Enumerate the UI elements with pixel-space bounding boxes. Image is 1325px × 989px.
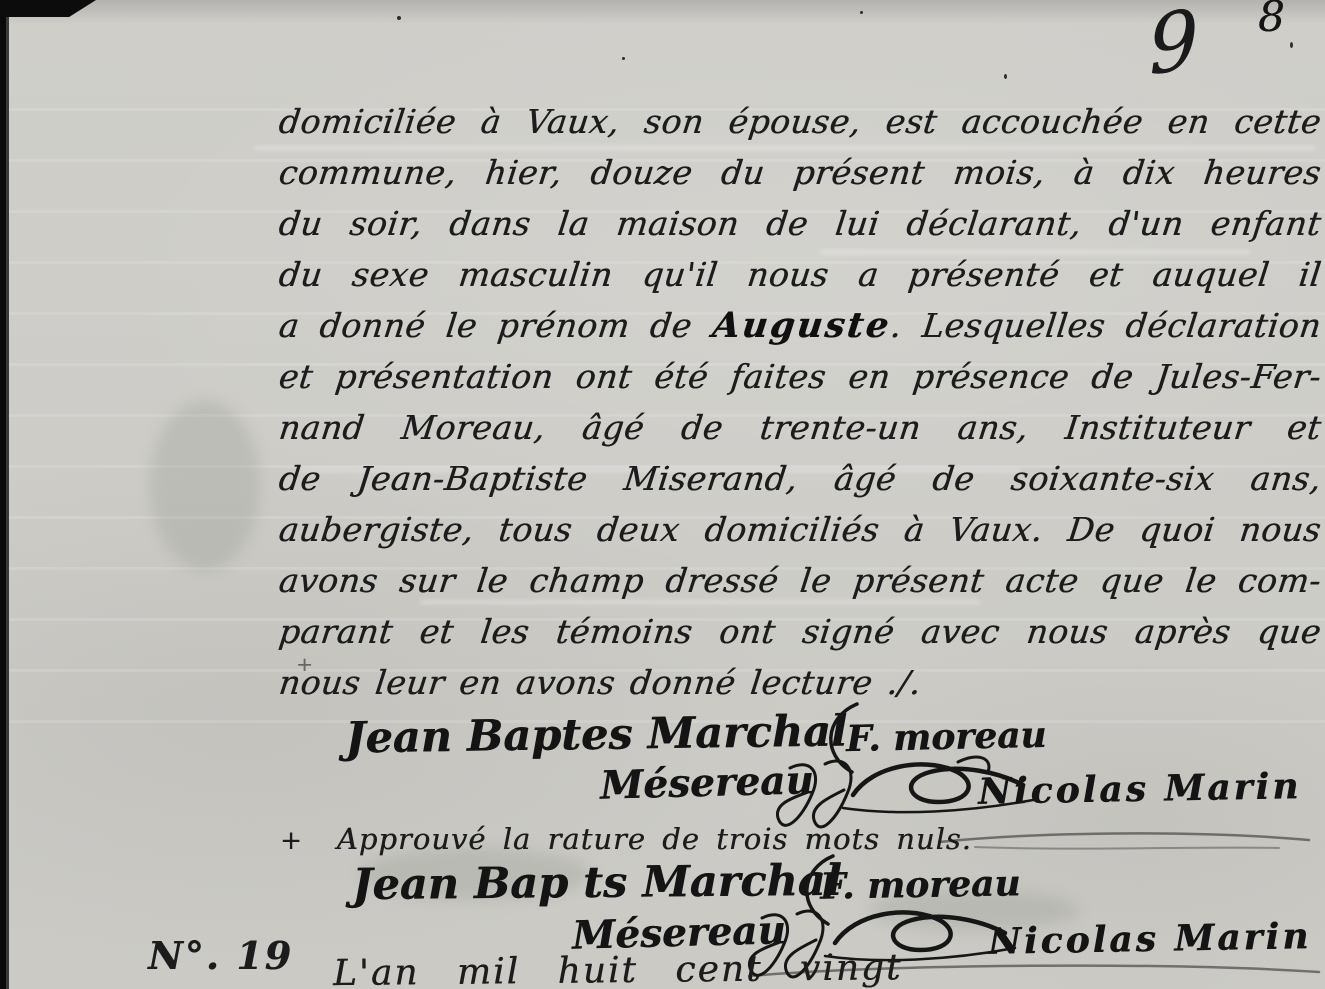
ink-speck bbox=[622, 57, 625, 60]
signature-mayor-1: Nicolas Marin bbox=[978, 765, 1302, 813]
next-act-number: N°. 19 bbox=[148, 933, 293, 978]
act-text-line: de Jean-Baptiste Miserand, âgé de soixan… bbox=[276, 453, 1324, 504]
ink-speck bbox=[397, 16, 401, 20]
act-text-line: parant et les témoins ont signé avec nou… bbox=[276, 606, 1324, 657]
page-corner-number: 8 bbox=[1258, 0, 1285, 41]
signature-declarant-1: Jean Baptes Marchal bbox=[345, 706, 848, 763]
act-text-line-with-name: a donné le prénom de Auguste. Lesquelles… bbox=[276, 300, 1324, 351]
line-suffix: . Lesquelles déclaration bbox=[888, 306, 1323, 345]
scanned-register-page: 9 8 domiciliée à Vaux, son épouse, est a… bbox=[0, 0, 1325, 989]
act-text-line: nand Moreau, âgé de trente-un ans, Insti… bbox=[276, 402, 1324, 453]
scan-top-shadow bbox=[0, 0, 1325, 24]
ink-show-through bbox=[150, 400, 260, 570]
act-text-line: avons sur le champ dressé le présent act… bbox=[276, 555, 1324, 606]
act-body: domiciliée à Vaux, son épouse, est accou… bbox=[276, 96, 1318, 708]
act-text-line: commune, hier, douze du présent mois, à … bbox=[276, 147, 1324, 198]
folio-number: 9 bbox=[1147, 0, 1200, 94]
act-text-line: du soir, dans la maison de lui déclarant… bbox=[276, 198, 1324, 249]
act-text-line: aubergiste, tous deux domiciliés à Vaux.… bbox=[276, 504, 1324, 555]
given-name: Auguste bbox=[710, 305, 893, 346]
line-prefix: a donné le prénom de bbox=[277, 306, 715, 345]
act-text-line: du sexe masculin qu'il nous a présenté e… bbox=[276, 249, 1324, 300]
marginal-note-mark: + bbox=[280, 826, 303, 856]
signature-declarant-2: Jean Bap ts Marchal bbox=[352, 856, 842, 910]
binding-edge bbox=[0, 0, 9, 989]
act-text-line: nous leur en avons donné lecture ./. bbox=[276, 657, 1324, 708]
underline-swash-icon bbox=[935, 828, 1315, 852]
act-text-line: et présentation ont été faites en présen… bbox=[276, 351, 1324, 402]
next-act-opening-line: L'an mil huit cent vingt bbox=[333, 943, 1323, 989]
ink-speck bbox=[1290, 42, 1293, 48]
renvoi-mark: + bbox=[296, 652, 313, 676]
ink-speck bbox=[860, 11, 863, 14]
act-text-line: domiciliée à Vaux, son épouse, est accou… bbox=[276, 96, 1324, 147]
marginal-note-text: Approuvé la rature de trois mots nuls. bbox=[337, 822, 972, 856]
ink-speck bbox=[1004, 74, 1007, 79]
marginal-note: +Approuvé la rature de trois mots nuls. bbox=[280, 822, 972, 856]
